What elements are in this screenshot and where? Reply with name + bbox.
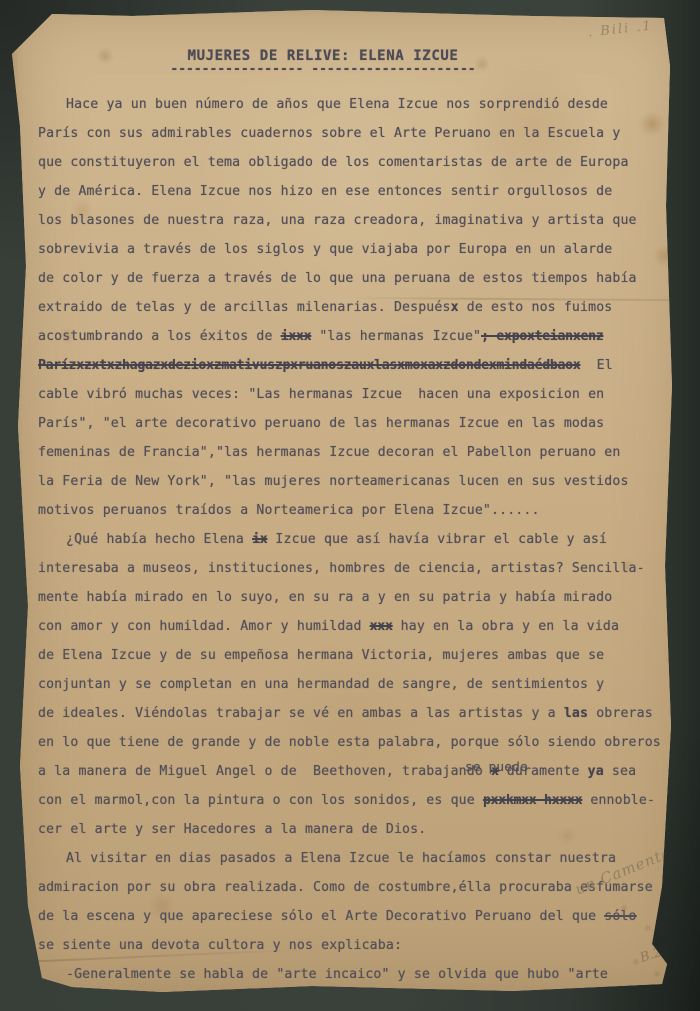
typed-line: acostumbrando a los éxitos de ixxx "las … xyxy=(38,322,654,351)
typed-line: y de América. Elena Izcue nos hizo en es… xyxy=(38,177,654,206)
typed-line: admiracion por su obra realizada. Como d… xyxy=(38,873,654,902)
typed-line: los blasones de nuestra raza, una raza c… xyxy=(38,206,654,235)
typed-line: motivos peruanos traídos a Norteamerica … xyxy=(38,496,654,525)
typed-line: la Feria de New York", "las mujeres nort… xyxy=(38,467,654,496)
typed-line: cable vibró muchas veces: "Las hermanas … xyxy=(38,380,654,409)
typed-line: conjuntan y se completan en una hermanda… xyxy=(38,670,654,699)
typed-line: femeninas de Francia","las hermanas Izcu… xyxy=(38,438,654,467)
typed-text: Hace ya un buen número de años que Elena… xyxy=(38,90,654,989)
typed-line: sobrevivia a través de los siglos y que … xyxy=(38,235,654,264)
typed-line: de Elena Izcue y de su empeñosa hermana … xyxy=(38,641,654,670)
typed-line: Hace ya un buen número de años que Elena… xyxy=(38,90,654,119)
typed-line: Al visitar en dias pasados a Elena Izcue… xyxy=(38,844,654,873)
typed-line: extraido de telas y de arcillas milenari… xyxy=(38,293,654,322)
typed-line: ¿Qué había hecho Elena ix Izcue que así … xyxy=(38,525,654,554)
typed-line: con amor y con humildad. Amor y humildad… xyxy=(38,612,654,641)
typed-line: en lo que tiene de grande y de noble est… xyxy=(38,728,654,757)
title-underline: ----------------- --------------------- xyxy=(12,62,634,77)
typed-line: con el marmol,con la pintura o con los s… xyxy=(38,786,654,815)
typed-line: de color y de fuerza a través de lo que … xyxy=(38,264,654,293)
typed-line: -Generalmente se habla de "arte incaico"… xyxy=(38,960,654,989)
typed-line: de ideales. Viéndolas trabajar se vé en … xyxy=(38,699,654,728)
document-page: MUJERES DE RELIVE: ELENA IZCUE ---------… xyxy=(12,6,690,1006)
typed-line: a la manera de Miguel Angel o de Beethov… xyxy=(38,757,654,786)
typed-line: interesaba a museos, instituciones, homb… xyxy=(38,554,654,583)
pencil-note-top-right: . Bili .1 xyxy=(587,19,653,41)
typed-line: París", "el arte decorativo peruano de l… xyxy=(38,409,654,438)
typed-line: se siente una devota cultora y nos expli… xyxy=(38,931,654,960)
typed-line: mente había mirado en lo suyo, en su ra … xyxy=(38,583,654,612)
typed-line: que constituyeron el tema obligado de lo… xyxy=(38,148,654,177)
typed-line: París con sus admirables cuadernos sobre… xyxy=(38,119,654,148)
typed-line: cer el arte y ser Hacedores a la manera … xyxy=(38,815,654,844)
title-block: MUJERES DE RELIVE: ELENA IZCUE ---------… xyxy=(12,48,690,77)
typed-line: Parízxzxtxzhagazxdezioxzmativuszpxruanos… xyxy=(38,351,654,380)
typed-line: de la escena y que apareciese sólo el Ar… xyxy=(38,902,654,931)
